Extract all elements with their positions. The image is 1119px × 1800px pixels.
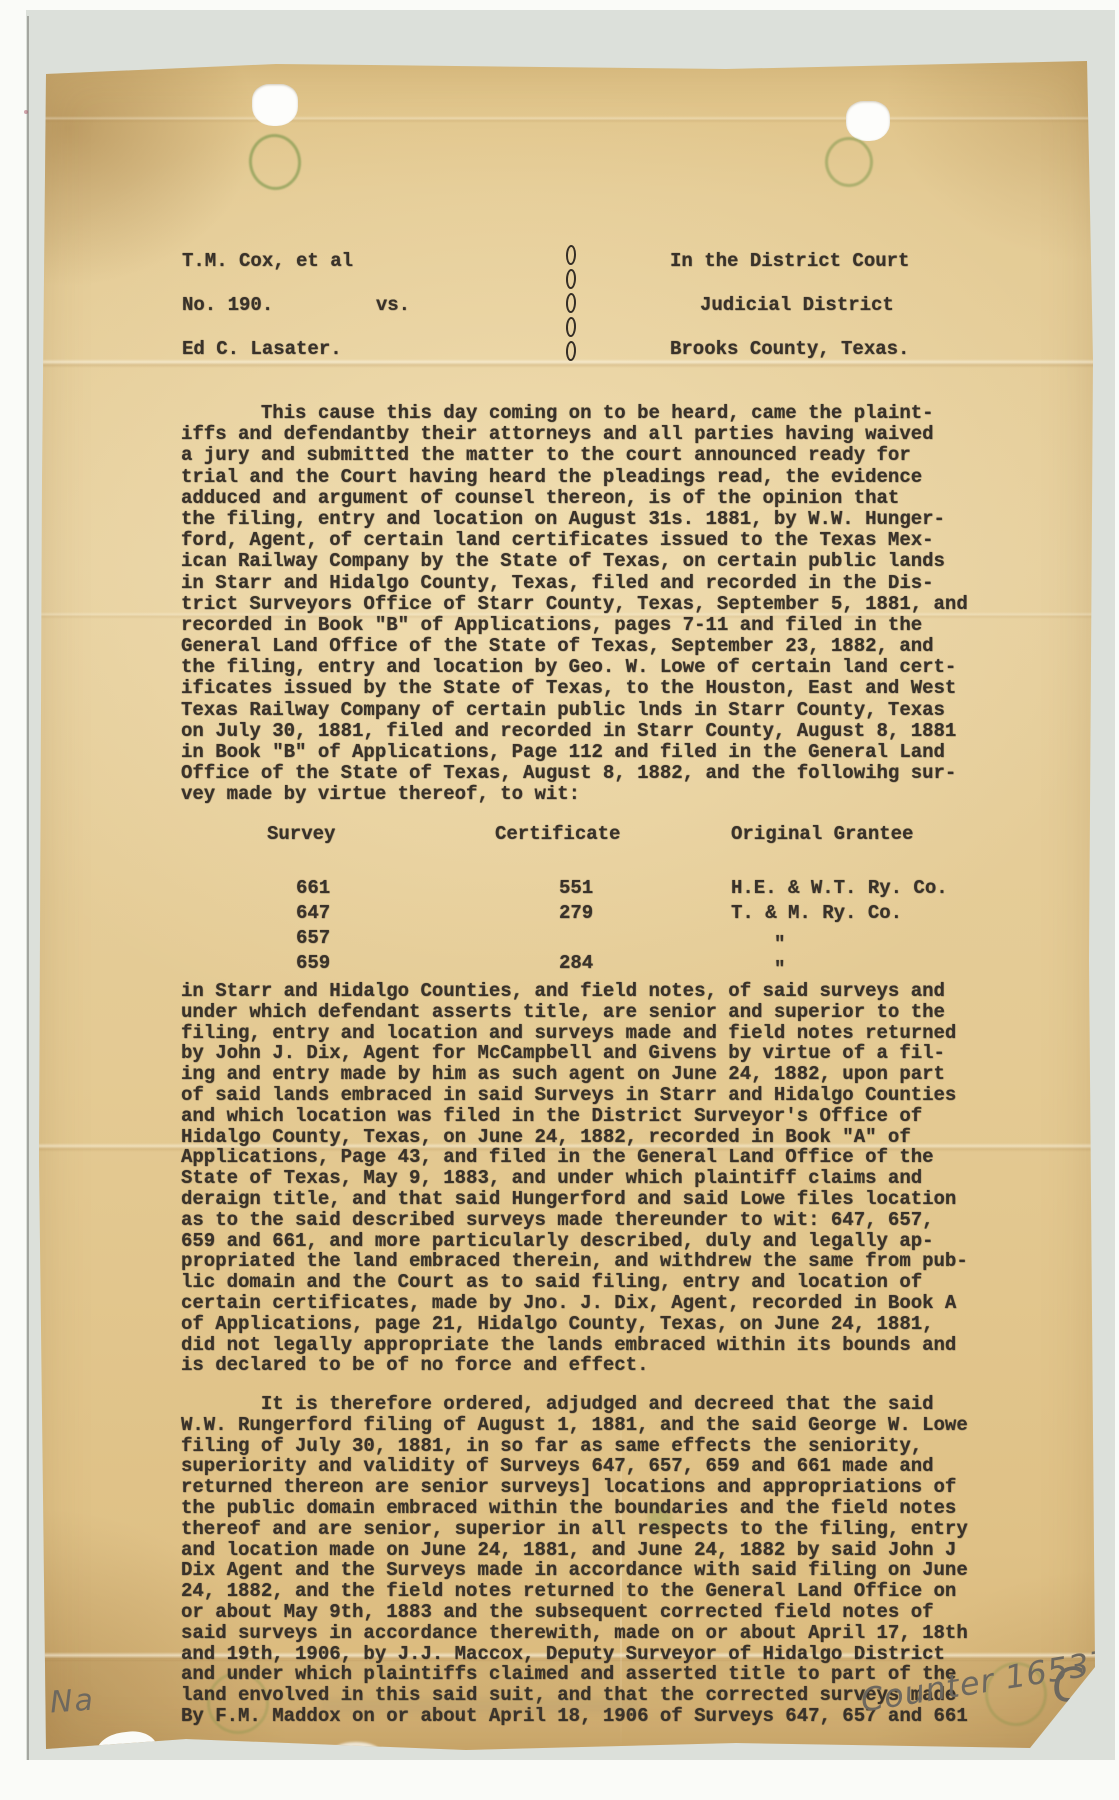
text-line: Applications, Page 43, and filed in the … <box>181 1146 1011 1167</box>
handwritten-bottom-left-mark: Na <box>49 1682 96 1720</box>
survey-cell: 657 <box>296 927 330 949</box>
text-line: returned thereon are senior surveys] loc… <box>181 1476 1011 1497</box>
text-line: ford, Agent, of certain land certificate… <box>181 529 1011 550</box>
caption-parties: T.M. Cox, et alNo. 190. vs.Ed C. Lasater… <box>182 250 410 382</box>
text-line: filing, entry and location and surveys m… <box>181 1022 1011 1043</box>
text-line: the filing, entry and location on August… <box>181 508 1011 529</box>
punch-hole-left <box>252 84 298 126</box>
text-line: of said lands embraced in said Surveys i… <box>181 1084 1011 1105</box>
caption-line: Brooks County, Texas. <box>670 338 909 382</box>
grantee-cell: H.E. & W.T. Ry. Co. <box>731 877 948 899</box>
survey-cell: 647 <box>296 902 330 924</box>
caption-brace <box>566 245 576 365</box>
caption-line: Judicial District <box>670 294 909 338</box>
text-line: of Applications, page 21, Hidalgo County… <box>181 1313 1011 1334</box>
paragraph-3: It is therefore ordered, adjudged and de… <box>181 1393 1011 1726</box>
text-line: the public domain embraced within the bo… <box>181 1497 1011 1518</box>
table-header-survey: Survey <box>267 823 335 845</box>
table-row: 647279T. & M. Ry. Co. <box>36 902 1096 927</box>
certificate-cell: 284 <box>559 952 593 974</box>
text-line: ican Railway Company by the State of Tex… <box>181 550 1011 571</box>
paper-sheet: T.M. Cox, et alNo. 190. vs.Ed C. Lasater… <box>36 60 1096 1752</box>
text-line: did not legally appropriate the lands em… <box>181 1334 1011 1355</box>
caption-line: In the District Court <box>670 250 909 294</box>
text-line: deraign title, and that said Hungerford … <box>181 1188 1011 1209</box>
text-line: 24, 1882, and the field notes returned t… <box>181 1580 1011 1601</box>
text-line: trial and the Court having heard the ple… <box>181 466 1011 487</box>
caption-line: Ed C. Lasater. <box>182 338 410 382</box>
text-line: filing of July 30, 1881, in so far as sa… <box>181 1435 1011 1456</box>
table-row: 661551H.E. & W.T. Ry. Co. <box>36 877 1096 902</box>
table-header-grantee: Original Grantee <box>731 823 913 845</box>
table-header-certificate: Certificate <box>495 823 620 845</box>
scan-edge-line <box>27 16 29 1760</box>
text-line: in Book "B" of Applications, Page 112 an… <box>181 741 1011 762</box>
text-line: vey made by virtue thereof, to wit: <box>181 783 1011 804</box>
brace-glyph <box>566 317 577 337</box>
text-line: superiority and validity of Surveys 647,… <box>181 1455 1011 1476</box>
text-line: in Starr and Hidalgo Counties, and field… <box>181 980 1011 1001</box>
text-line: Dix Agent and the Surveys made in accord… <box>181 1559 1011 1580</box>
text-line: or about May 9th, 1883 and the subsequen… <box>181 1601 1011 1622</box>
paragraph-1: This cause this day coming on to be hear… <box>181 402 1011 805</box>
survey-cell: 661 <box>296 877 330 899</box>
text-line: lic domain and the Court as to said fili… <box>181 1271 1011 1292</box>
text-line: and 19th, 1906, by J.J. Maccox, Deputy S… <box>181 1643 1011 1664</box>
grantee-cell: " <box>774 958 785 980</box>
text-line: State of Texas, May 9, 1883, and under w… <box>181 1167 1011 1188</box>
text-line: on July 30, 1881, filed and recorded in … <box>181 720 1011 741</box>
punch-hole-right <box>846 101 890 141</box>
caption-court: In the District CourtJudicial DistrictBr… <box>670 250 909 382</box>
text-line: W.W. Rungerford filing of August 1, 1881… <box>181 1414 1011 1435</box>
green-stamp-circle <box>245 131 304 194</box>
text-line: the filing, entry and location by Geo. W… <box>181 656 1011 677</box>
brace-glyph <box>566 245 577 265</box>
text-line: 659 and 661, and more particularly descr… <box>181 1230 1011 1251</box>
text-line: propriated the land embraced therein, an… <box>181 1250 1011 1271</box>
scan-speck <box>24 110 28 114</box>
text-line: recorded in Book "B" of Applications, pa… <box>181 614 1011 635</box>
survey-cell: 659 <box>296 952 330 974</box>
certificate-cell: 279 <box>559 902 593 924</box>
text-line: a jury and submitted the matter to the c… <box>181 444 1011 465</box>
green-stamp-circle <box>825 137 873 187</box>
brace-glyph <box>566 341 577 361</box>
text-line: ing and entry made by him as such agent … <box>181 1063 1011 1084</box>
scanned-court-document: T.M. Cox, et alNo. 190. vs.Ed C. Lasater… <box>0 0 1119 1800</box>
text-line: and which location was filed in the Dist… <box>181 1105 1011 1126</box>
text-line: ificates issued by the State of Texas, t… <box>181 677 1011 698</box>
text-line: This cause this day coming on to be hear… <box>181 402 1011 423</box>
certificate-cell: 551 <box>559 877 593 899</box>
paragraph-2: in Starr and Hidalgo Counties, and field… <box>181 980 1011 1375</box>
brace-glyph <box>566 293 577 313</box>
text-line: iffs and defendantby their attorneys and… <box>181 423 1011 444</box>
text-line: as to the said described surveys made th… <box>181 1209 1011 1230</box>
table-row: 659284" <box>36 952 1096 977</box>
text-line: Hidalgo County, Texas, on June 24, 1882,… <box>181 1126 1011 1147</box>
text-line: and location made on June 24, 1881, and … <box>181 1539 1011 1560</box>
caption-line: T.M. Cox, et al <box>182 250 410 294</box>
table-row: 657" <box>36 927 1096 952</box>
caption-line: No. 190. vs. <box>182 294 410 338</box>
fold-crease <box>36 116 1096 123</box>
brace-glyph <box>566 269 577 289</box>
text-line: under which defendant asserts title, are… <box>181 1001 1011 1022</box>
text-line: trict Surveyors Office of Starr County, … <box>181 593 1011 614</box>
text-line: by John J. Dix, Agent for McCampbell and… <box>181 1042 1011 1063</box>
text-line: in Starr and Hidalgo County, Texas, file… <box>181 572 1011 593</box>
pencil-smudge <box>320 1698 640 1714</box>
text-line: General Land Office of the State of Texa… <box>181 635 1011 656</box>
text-line: adduced and argument of counsel thereon,… <box>181 487 1011 508</box>
text-line: thereof and are senior, superior in all … <box>181 1518 1011 1539</box>
grantee-cell: T. & M. Ry. Co. <box>731 902 902 924</box>
text-line: Texas Railway Company of certain public … <box>181 699 1011 720</box>
text-line: certain certificates, made by Jno. J. Di… <box>181 1292 1011 1313</box>
text-line: is declared to be of no force and effect… <box>181 1354 1011 1375</box>
text-line: Office of the State of Texas, August 8, … <box>181 762 1011 783</box>
text-line: It is therefore ordered, adjudged and de… <box>181 1393 1011 1414</box>
text-line: said surveys in accordance therewith, ma… <box>181 1622 1011 1643</box>
